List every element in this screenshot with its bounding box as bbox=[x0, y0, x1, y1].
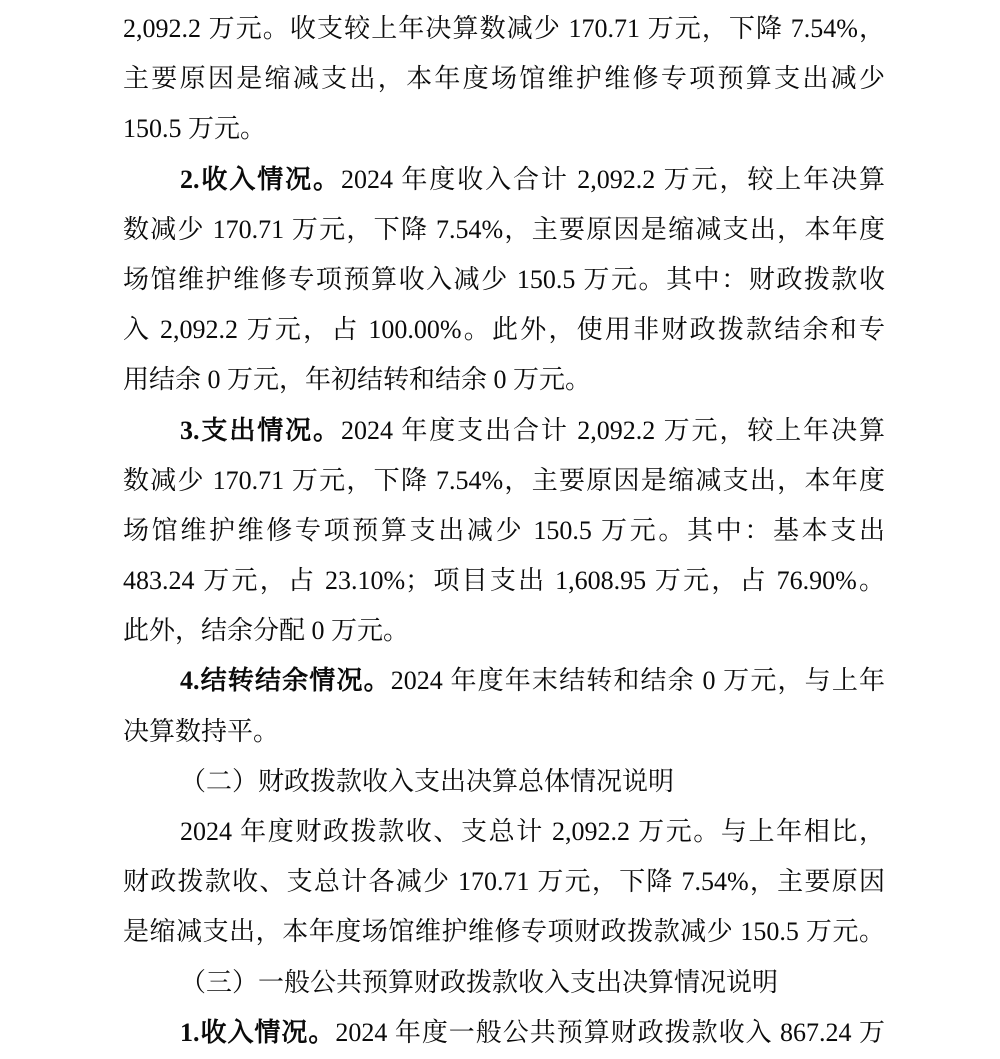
expense-para-line-2: 数减少 170.71 万元，下降 7.54%，主要原因是缩减支出，本年度 bbox=[123, 456, 885, 506]
expense-para-line-4: 483.24 万元，占 23.10%；项目支出 1,608.95 万元，占 76… bbox=[123, 556, 885, 606]
income-para-line-2: 数减少 170.71 万元，下降 7.54%，主要原因是缩减支出，本年度 bbox=[123, 205, 885, 255]
paragraph-number-label: 1.收入情况。 bbox=[180, 1018, 335, 1047]
paragraph-number-label: 3.支出情况。 bbox=[180, 416, 341, 445]
text-segment: 入 2,092.2 万元，占 100.00%。此外，使用非财政拨款结余和专 bbox=[123, 315, 885, 344]
text-segment: 数减少 170.71 万元，下降 7.54%，主要原因是缩减支出，本年度 bbox=[123, 215, 885, 244]
fiscal-total-para-line-2: 财政拨款收、支总计各减少 170.71 万元，下降 7.54%，主要原因 bbox=[123, 857, 885, 907]
general-budget-income-line-1: 1.收入情况。2024 年度一般公共预算财政拨款收入 867.24 万 bbox=[123, 1008, 885, 1058]
expense-para-line-1: 3.支出情况。2024 年度支出合计 2,092.2 万元，较上年决算 bbox=[123, 406, 885, 456]
text-segment: 483.24 万元，占 23.10%；项目支出 1,608.95 万元，占 76… bbox=[123, 566, 885, 595]
income-para-line-1: 2.收入情况。2024 年度收入合计 2,092.2 万元，较上年决算 bbox=[123, 155, 885, 205]
text-segment: 2024 年度支出合计 2,092.2 万元，较上年决算 bbox=[341, 416, 885, 445]
text-segment: 场馆维护维修专项预算支出减少 150.5 万元。其中：基本支出 bbox=[123, 516, 885, 545]
text-segment: 用结余 0 万元，年初结转和结余 0 万元。 bbox=[123, 365, 591, 394]
text-segment: 场馆维护维修专项预算收入减少 150.5 万元。其中：财政拨款收 bbox=[123, 265, 885, 294]
expense-para-line-3: 场馆维护维修专项预算支出减少 150.5 万元。其中：基本支出 bbox=[123, 506, 885, 556]
carryover-para-line-2: 决算数持平。 bbox=[123, 707, 885, 757]
text-segment: 2024 年度一般公共预算财政拨款收入 867.24 万 bbox=[335, 1018, 885, 1047]
overview-line-3: 150.5 万元。 bbox=[123, 104, 885, 154]
paragraph-number-label: 4.结转结余情况。 bbox=[180, 666, 391, 695]
section-3-heading: （三）一般公共预算财政拨款收入支出决算情况说明 bbox=[123, 958, 885, 1008]
text-segment: 决算数持平。 bbox=[123, 717, 279, 746]
expense-para-line-5: 此外，结余分配 0 万元。 bbox=[123, 606, 885, 656]
text-segment: 数减少 170.71 万元，下降 7.54%，主要原因是缩减支出，本年度 bbox=[123, 466, 885, 495]
text-segment: 主要原因是缩减支出，本年度场馆维护维修专项预算支出减少 bbox=[123, 64, 885, 93]
fiscal-total-para-line-1: 2024 年度财政拨款收、支总计 2,092.2 万元。与上年相比， bbox=[123, 807, 885, 857]
paragraph-number-label: 2.收入情况。 bbox=[180, 165, 341, 194]
text-segment: 150.5 万元。 bbox=[123, 114, 266, 143]
income-para-line-4: 入 2,092.2 万元，占 100.00%。此外，使用非财政拨款结余和专 bbox=[123, 305, 885, 355]
overview-line-1: 2,092.2 万元。收支较上年决算数减少 170.71 万元，下降 7.54%… bbox=[123, 4, 885, 54]
fiscal-total-para-line-3: 是缩减支出，本年度场馆维护维修专项财政拨款减少 150.5 万元。 bbox=[123, 907, 885, 957]
section-2-heading: （二）财政拨款收入支出决算总体情况说明 bbox=[123, 757, 885, 807]
text-segment: 此外，结余分配 0 万元。 bbox=[123, 616, 409, 645]
overview-line-2: 主要原因是缩减支出，本年度场馆维护维修专项预算支出减少 bbox=[123, 54, 885, 104]
text-segment: 是缩减支出，本年度场馆维护维修专项财政拨款减少 150.5 万元。 bbox=[123, 917, 885, 946]
text-segment: （二）财政拨款收入支出决算总体情况说明 bbox=[180, 767, 674, 796]
text-segment: 财政拨款收、支总计各减少 170.71 万元，下降 7.54%，主要原因 bbox=[123, 867, 885, 896]
text-segment: 2,092.2 万元。收支较上年决算数减少 170.71 万元，下降 7.54%… bbox=[123, 14, 885, 43]
carryover-para-line-1: 4.结转结余情况。2024 年度年末结转和结余 0 万元，与上年 bbox=[123, 656, 885, 706]
income-para-line-3: 场馆维护维修专项预算收入减少 150.5 万元。其中：财政拨款收 bbox=[123, 255, 885, 305]
text-segment: 2024 年度年末结转和结余 0 万元，与上年 bbox=[391, 666, 885, 695]
text-segment: 2024 年度财政拨款收、支总计 2,092.2 万元。与上年相比， bbox=[180, 817, 885, 846]
document-page: 2,092.2 万元。收支较上年决算数减少 170.71 万元，下降 7.54%… bbox=[0, 0, 1000, 1059]
income-para-line-5: 用结余 0 万元，年初结转和结余 0 万元。 bbox=[123, 355, 885, 405]
text-segment: （三）一般公共预算财政拨款收入支出决算情况说明 bbox=[180, 968, 778, 997]
text-segment: 2024 年度收入合计 2,092.2 万元，较上年决算 bbox=[341, 165, 885, 194]
